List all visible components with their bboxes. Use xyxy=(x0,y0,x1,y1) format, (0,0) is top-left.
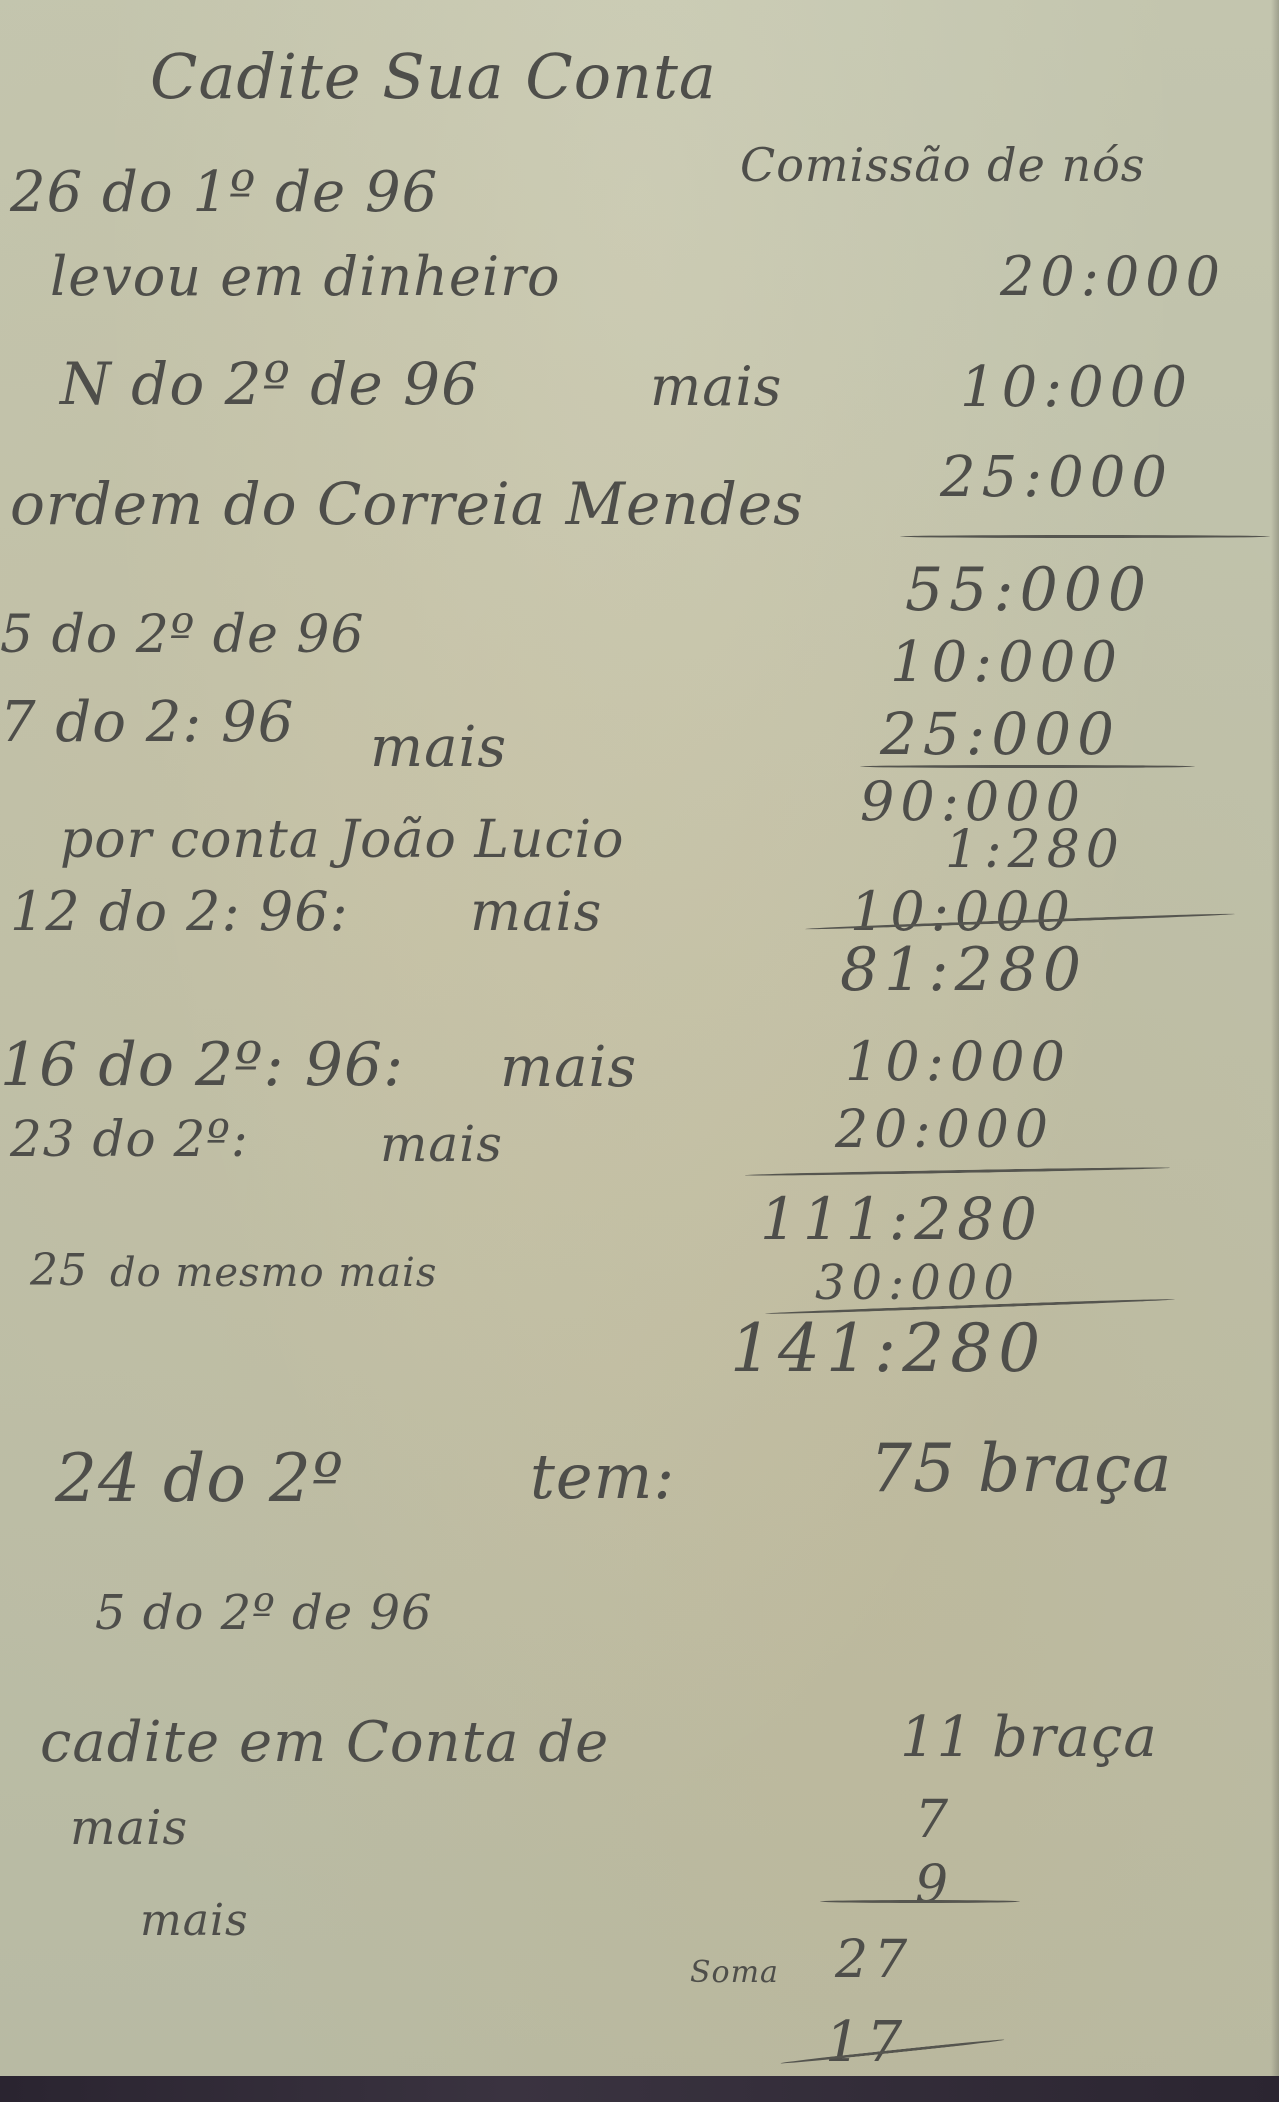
section2-value: 7 xyxy=(915,1790,954,1850)
entry-amount: 20:000 xyxy=(835,1100,1054,1160)
entry-amount: 10:000 xyxy=(850,880,1076,943)
entry-date: 16 do 2º: 96: xyxy=(0,1030,404,1100)
entry-date: 23 do 2º: xyxy=(10,1110,249,1168)
entry-description: mais xyxy=(500,1035,637,1100)
entry-date: N do 2º de 96 xyxy=(60,350,479,418)
entry-total: 141:280 xyxy=(730,1310,1046,1387)
entry-amount: 10:000 xyxy=(890,630,1123,695)
entry-date: 26 do 1º de 96 xyxy=(10,160,438,225)
page-heading: Cadite Sua Conta xyxy=(150,40,717,113)
sum-value: 27 xyxy=(835,1930,913,1990)
section2-text: tem: xyxy=(530,1440,675,1513)
page-bottom-edge xyxy=(0,2076,1279,2102)
entry-date: 25 xyxy=(30,1245,88,1296)
section2-value: 11 braça xyxy=(900,1705,1158,1770)
ledger-page: Cadite Sua Conta Comissão de nós 26 do 1… xyxy=(0,0,1279,2102)
entry-description: do mesmo mais xyxy=(110,1250,437,1296)
entry-description: mais xyxy=(650,355,782,418)
entry-amount: 30:000 xyxy=(815,1255,1020,1311)
entry-subtotal: 55:000 xyxy=(905,555,1152,625)
entry-subtotal: 111:280 xyxy=(760,1185,1043,1253)
entry-description: mais xyxy=(370,715,507,780)
sum-line xyxy=(860,765,1195,768)
entry-date: 7 do 2: 96 xyxy=(0,690,294,755)
section2-value: 9 xyxy=(915,1855,954,1915)
entry-amount: 1:280 xyxy=(945,820,1125,880)
page-edge-shadow xyxy=(1271,0,1279,2076)
entry-date: 5 do 2º de 96 xyxy=(0,605,365,665)
entry-description: mais xyxy=(470,880,602,943)
sum-line xyxy=(820,1900,1020,1903)
entry-description: mais xyxy=(380,1115,503,1173)
section2-text: mais xyxy=(70,1800,188,1856)
section2-value: 75 braça xyxy=(870,1430,1172,1507)
entry-amount: 20:000 xyxy=(1000,245,1226,308)
entry-amount: 25:000 xyxy=(880,700,1120,768)
sum-line xyxy=(745,1166,1170,1176)
entry-amount: 10:000 xyxy=(845,1030,1071,1093)
entry-amount: 25:000 xyxy=(940,445,1173,510)
section2-text: cadite em Conta de xyxy=(40,1710,609,1775)
entry-date: 12 do 2: 96: xyxy=(10,880,349,943)
final-value: 17 xyxy=(825,2010,908,2075)
sum-label: Soma xyxy=(690,1955,779,1990)
entry-amount: 10:000 xyxy=(960,355,1193,420)
entry-description: ordem do Correia Mendes xyxy=(10,470,804,538)
section2-text: mais xyxy=(140,1895,249,1946)
sum-line xyxy=(900,535,1270,538)
entry-subtotal: 81:280 xyxy=(840,935,1087,1005)
section2-date: 5 do 2º de 96 xyxy=(95,1585,433,1641)
entry-description: levou em dinheiro xyxy=(50,245,560,308)
section2-date: 24 do 2º xyxy=(55,1440,344,1517)
page-subheading: Comissão de nós xyxy=(740,138,1145,192)
entry-description: por conta João Lucio xyxy=(60,810,624,870)
